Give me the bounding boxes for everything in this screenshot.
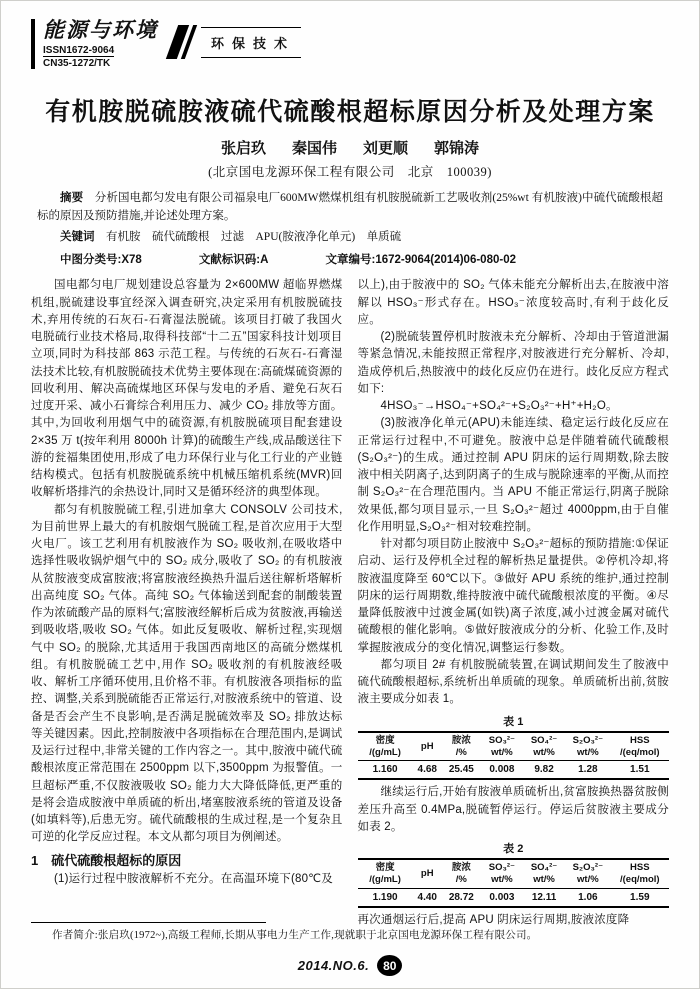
table-cell: 9.82 bbox=[523, 761, 565, 780]
page-number-badge: 80 bbox=[377, 955, 402, 976]
table-header-cell: HSS /(eq/mol) bbox=[611, 732, 669, 761]
chemical-equation: 4HSO₃⁻→HSO₄⁻+SO₄²⁻+S₂O₃²⁻+H⁺+H₂O。 bbox=[358, 398, 670, 415]
body-paragraph: 都匀有机胺脱硫工程,引进加拿大 CONSOLV 公司技术,为目前世界上最大的有机… bbox=[31, 502, 343, 847]
body-paragraph: 国电都匀电厂规划建设总容量为 2×600MW 超临界燃煤机组,脱硫建设事宜经深入… bbox=[31, 277, 343, 501]
section-label: 环保技术 bbox=[201, 27, 301, 58]
table-cell: 1.28 bbox=[565, 761, 610, 780]
table-cell: 1.06 bbox=[565, 888, 610, 907]
paper-page: 能源与环境 ISSN1672-9064 CN35-1272/TK 环保技术 有机… bbox=[0, 0, 700, 989]
body-paragraph: 以上),由于胺液中的 SO₂ 气体未能充分解析出去,在胺液中溶解以 HSO₃⁻形… bbox=[358, 277, 670, 329]
table-header-cell: S₂O₃²⁻ wt/% bbox=[565, 732, 610, 761]
table-1-header-row: 密度 /(g/mL) pH 胺浓 /% SO₃²⁻ wt/% SO₄²⁻ wt/… bbox=[358, 732, 670, 761]
issn-label: ISSN1672-9064 bbox=[43, 45, 114, 57]
doc-code-item: 文献标识码:A bbox=[176, 251, 269, 267]
body-paragraph: 针对都匀项目防止胺液中 S₂O₃²⁻超标的预防措施:①保证启动、运行及停机全过程… bbox=[358, 536, 670, 657]
keywords: 关键词 有机胺 硫代硫酸根 过滤 APU(胺液净化单元) 单质硫 bbox=[37, 229, 663, 247]
journal-logo: 能源与环境 bbox=[43, 19, 158, 40]
table-header-cell: SO₄²⁻ wt/% bbox=[523, 859, 565, 888]
table-cell: 4.68 bbox=[413, 761, 442, 780]
left-column: 国电都匀电厂规划建设总容量为 2×600MW 超临界燃煤机组,脱硫建设事宜经深入… bbox=[31, 277, 343, 929]
table-2-caption: 表 2 bbox=[358, 840, 670, 856]
table-cell: 1.190 bbox=[358, 888, 413, 907]
table-header-cell: S₂O₃²⁻ wt/% bbox=[565, 859, 610, 888]
journal-logo-block: 能源与环境 ISSN1672-9064 CN35-1272/TK bbox=[31, 19, 158, 69]
abstract-label: 摘要 bbox=[60, 192, 83, 204]
table-header-cell: SO₄²⁻ wt/% bbox=[523, 732, 565, 761]
table-2: 密度 /(g/mL) pH 胺浓 /% SO₃²⁻ wt/% SO₄²⁻ wt/… bbox=[358, 858, 670, 908]
body-paragraph: (2)脱硫装置停机时胺液未充分解析、冷却由于管道泄漏等紧急情况,未能按照正常程序… bbox=[358, 329, 670, 398]
page-footer: 2014.NO.6. 80 bbox=[1, 955, 699, 976]
masthead: 能源与环境 ISSN1672-9064 CN35-1272/TK 环保技术 bbox=[31, 19, 669, 83]
body-paragraph: (1)运行过程中胺液解析不充分。在高温环境下(80℃及 bbox=[31, 871, 343, 888]
table-cell: 1.160 bbox=[358, 761, 413, 780]
table-header-cell: HSS /(eq/mol) bbox=[611, 859, 669, 888]
table-1-block: 表 1 密度 /(g/mL) pH 胺浓 /% SO₃²⁻ wt/% SO₄²⁻… bbox=[358, 713, 670, 781]
article-no-label: 文章编号: bbox=[325, 254, 375, 266]
table-header-cell: SO₃²⁻ wt/% bbox=[481, 732, 523, 761]
table-header-cell: pH bbox=[413, 732, 442, 761]
abstract-text: 分析国电都匀发电有限公司福泉电厂600MW燃煤机组有机胺脱硫新工艺吸收剂(25%… bbox=[37, 192, 663, 222]
article-no-item: 文章编号:1672-9064(2014)06-080-02 bbox=[302, 251, 516, 267]
affiliation: (北京国电龙源环保工程有限公司 北京 100039) bbox=[31, 162, 669, 180]
table-cell: 28.72 bbox=[442, 888, 481, 907]
body-paragraph: (3)胺液净化单元(APU)未能连续、稳定运行歧化反应在正常运行过程中,不可避免… bbox=[358, 415, 670, 536]
table-header-cell: 密度 /(g/mL) bbox=[358, 859, 413, 888]
article-no-value: 1672-9064(2014)06-080-02 bbox=[375, 254, 516, 266]
page-title: 有机胺脱硫胺液硫代硫酸根超标原因分析及处理方案 bbox=[31, 97, 669, 127]
table-row: 1.160 4.68 25.45 0.008 9.82 1.28 1.51 bbox=[358, 761, 670, 780]
table-2-header-row: 密度 /(g/mL) pH 胺浓 /% SO₃²⁻ wt/% SO₄²⁻ wt/… bbox=[358, 859, 670, 888]
table-cell: 25.45 bbox=[442, 761, 481, 780]
abstract: 摘要 分析国电都匀发电有限公司福泉电厂600MW燃煤机组有机胺脱硫新工艺吸收剂(… bbox=[37, 190, 663, 226]
clc-item: 中图分类号:X78 bbox=[37, 251, 142, 267]
doc-code-label: 文献标识码: bbox=[199, 254, 260, 266]
author-name: 郭锦涛 bbox=[434, 137, 479, 158]
footnote-divider bbox=[31, 922, 266, 923]
table-cell: 0.008 bbox=[481, 761, 523, 780]
cn-label: CN35-1272/TK bbox=[43, 58, 158, 69]
table-header-cell: 胺浓 /% bbox=[442, 732, 481, 761]
table-cell: 1.51 bbox=[611, 761, 669, 780]
id-line: 中图分类号:X78 文献标识码:A 文章编号:1672-9064(2014)06… bbox=[37, 251, 663, 267]
keywords-label: 关键词 bbox=[60, 231, 95, 243]
table-row: 1.190 4.40 28.72 0.003 12.11 1.06 1.59 bbox=[358, 888, 670, 907]
author-name: 秦国伟 bbox=[292, 137, 337, 158]
table-1-caption: 表 1 bbox=[358, 713, 670, 729]
body-columns: 国电都匀电厂规划建设总容量为 2×600MW 超临界燃煤机组,脱硫建设事宜经深入… bbox=[31, 277, 669, 929]
table-cell: 12.11 bbox=[523, 888, 565, 907]
author-name: 张启玖 bbox=[221, 137, 266, 158]
table-cell: 0.003 bbox=[481, 888, 523, 907]
body-paragraph: 都匀项目 2# 有机胺脱硫装置,在调试期间发生了胺液中硫代硫酸根超标,系统析出单… bbox=[358, 657, 670, 709]
table-1: 密度 /(g/mL) pH 胺浓 /% SO₃²⁻ wt/% SO₄²⁻ wt/… bbox=[358, 731, 670, 781]
author-list: 张启玖 秦国伟 刘更顺 郭锦涛 bbox=[31, 137, 669, 158]
table-cell: 4.40 bbox=[413, 888, 442, 907]
keywords-text: 有机胺 硫代硫酸根 过滤 APU(胺液净化单元) 单质硫 bbox=[106, 231, 401, 243]
table-header-cell: SO₃²⁻ wt/% bbox=[481, 859, 523, 888]
meta-block: 摘要 分析国电都匀发电有限公司福泉电厂600MW燃煤机组有机胺脱硫新工艺吸收剂(… bbox=[31, 190, 669, 267]
right-column: 以上),由于胺液中的 SO₂ 气体未能充分解析出去,在胺液中溶解以 HSO₃⁻形… bbox=[358, 277, 670, 929]
table-header-cell: pH bbox=[413, 859, 442, 888]
body-paragraph: 继续运行后,开始有胺液单质硫析出,贫富胺换热器贫胺侧差压升高至 0.4MPa,脱… bbox=[358, 784, 670, 836]
table-header-cell: 胺浓 /% bbox=[442, 859, 481, 888]
table-cell: 1.59 bbox=[611, 888, 669, 907]
author-name: 刘更顺 bbox=[363, 137, 408, 158]
author-bio: 作者简介:张启玖(1972~),高级工程师,长期从事电力生产工作,现就职于北京国… bbox=[31, 927, 669, 942]
footnote: 作者简介:张启玖(1972~),高级工程师,长期从事电力生产工作,现就职于北京国… bbox=[31, 922, 669, 942]
section-banner: 环保技术 bbox=[172, 25, 301, 59]
table-2-block: 表 2 密度 /(g/mL) pH 胺浓 /% SO₃²⁻ wt/% SO₄²⁻… bbox=[358, 840, 670, 908]
section-heading: 1 硫代硫酸根超标的原因 bbox=[31, 850, 343, 869]
doc-code-value: A bbox=[260, 254, 268, 266]
clc-value: X78 bbox=[121, 254, 141, 266]
clc-label: 中图分类号: bbox=[60, 254, 121, 266]
table-header-cell: 密度 /(g/mL) bbox=[358, 732, 413, 761]
issue-label: 2014.NO.6. bbox=[298, 958, 370, 973]
